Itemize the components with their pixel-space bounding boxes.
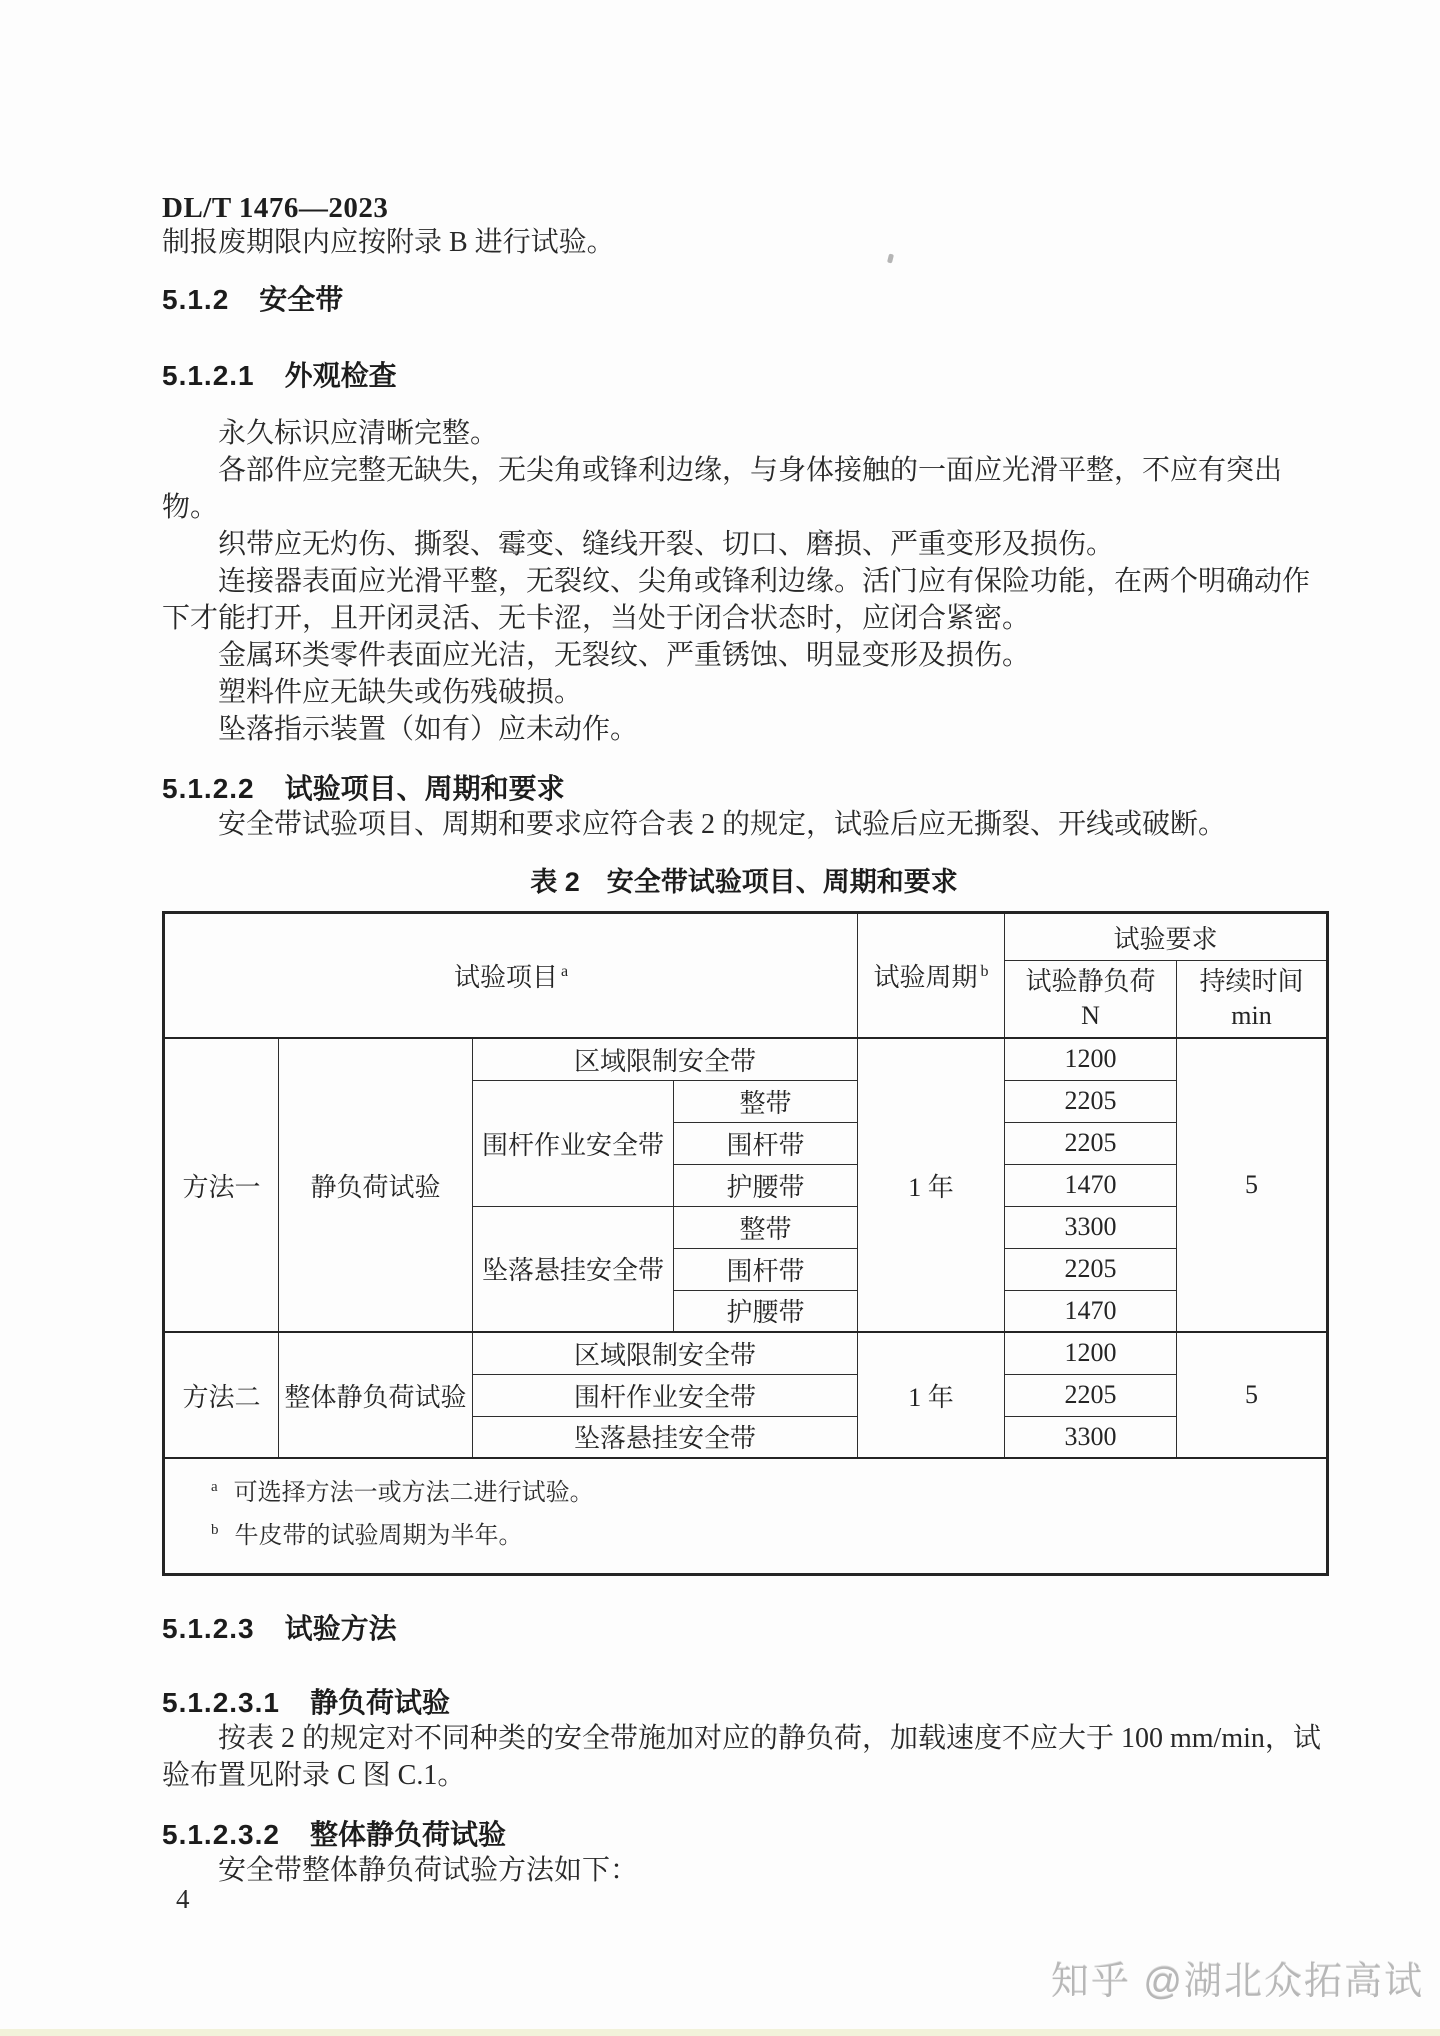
belt-type-cell: 区域限制安全带	[473, 1038, 858, 1080]
load-cell: 1470	[1005, 1164, 1177, 1206]
load-cell: 2205	[1005, 1374, 1177, 1416]
body-paragraph: 连接器表面应光滑平整，无裂纹、尖角或锋利边缘。活门应有保险功能，在两个明确动作下…	[162, 563, 1326, 637]
table-footnotes-row: a可选择方法一或方法二进行试验。 b牛皮带的试验周期为半年。	[164, 1458, 1328, 1575]
heading-title: 安全带	[259, 284, 343, 315]
load-cell: 1470	[1005, 1290, 1177, 1332]
table-caption: 表 2 安全带试验项目、周期和要求	[162, 865, 1326, 899]
heading-title: 整体静负荷试验	[310, 1819, 506, 1850]
body-paragraph: 织带应无灼伤、撕裂、霉变、缝线开裂、切口、磨损、严重变形及损伤。	[162, 526, 1326, 563]
belt-type-cell: 坠落悬挂安全带	[473, 1416, 858, 1458]
method-cell: 方法二	[164, 1332, 279, 1458]
test-name-cell: 整体静负荷试验	[279, 1332, 473, 1458]
static-load-paragraph: 按表 2 的规定对不同种类的安全带施加对应的静负荷，加载速度不应大于 100 m…	[162, 1720, 1326, 1794]
duration-cell: 5	[1177, 1332, 1328, 1458]
heading-5-1-2: 5.1.2安全带	[162, 283, 1326, 317]
page-content: DL/T 1476—2023 制报废期限内应按附录 B 进行试验。 5.1.2安…	[0, 0, 1440, 1889]
heading-number: 5.1.2	[162, 284, 229, 315]
load-cell: 2205	[1005, 1080, 1177, 1122]
table-header-row: 试验项目a 试验周期b 试验要求	[164, 913, 1328, 961]
part-cell: 围杆带	[674, 1248, 858, 1290]
heading-number: 5.1.2.1	[162, 360, 255, 391]
heading-5-1-2-1: 5.1.2.1外观检查	[162, 359, 1326, 393]
belt-type-cell: 围杆作业安全带	[473, 1374, 858, 1416]
part-cell: 护腰带	[674, 1164, 858, 1206]
footnote-text: 可选择方法一或方法二进行试验。	[234, 1480, 594, 1506]
bottom-strip	[0, 2029, 1440, 2036]
duration-cell: 5	[1177, 1038, 1328, 1332]
method-cell: 方法一	[164, 1038, 279, 1332]
col-header-label: 试验项目	[454, 963, 558, 992]
heading-5-1-2-2: 5.1.2.2试验项目、周期和要求	[162, 772, 1326, 806]
heading-title: 试验项目、周期和要求	[285, 773, 565, 804]
belt-type-cell: 围杆作业安全带	[473, 1080, 674, 1206]
footnote-a: a可选择方法一或方法二进行试验。	[211, 1469, 1326, 1512]
test-name-cell: 静负荷试验	[279, 1038, 473, 1332]
belt-type-cell: 区域限制安全带	[473, 1332, 858, 1374]
body-paragraph: 永久标识应清晰完整。	[162, 415, 1326, 452]
document-page: DL/T 1476—2023 制报废期限内应按附录 B 进行试验。 5.1.2安…	[0, 0, 1440, 2036]
col-header-label: 试验静负荷	[1005, 965, 1176, 999]
load-cell: 1200	[1005, 1038, 1177, 1080]
part-cell: 围杆带	[674, 1122, 858, 1164]
heading-title: 外观检查	[285, 360, 397, 391]
footnote-marker-b: b	[981, 963, 989, 980]
test-table: 试验项目a 试验周期b 试验要求 试验静负荷 N 持续时间 min	[162, 911, 1329, 1576]
load-cell: 3300	[1005, 1206, 1177, 1248]
load-cell: 2205	[1005, 1248, 1177, 1290]
footnote-text: 牛皮带的试验周期为半年。	[235, 1523, 523, 1549]
col-header-label: 试验周期	[873, 963, 977, 992]
table-row: 方法一 静负荷试验 区域限制安全带 1 年 1200 5	[164, 1038, 1328, 1080]
body-paragraph: 各部件应完整无缺失，无尖角或锋利边缘，与身体接触的一面应光滑平整，不应有突出物。	[162, 452, 1326, 526]
part-cell: 整带	[674, 1206, 858, 1248]
part-cell: 护腰带	[674, 1290, 858, 1332]
footnote-marker-a: a	[561, 963, 568, 980]
col-header-label: 持续时间	[1177, 965, 1326, 999]
heading-number: 5.1.2.3	[162, 1613, 255, 1644]
overall-method-paragraph: 安全带整体静负荷试验方法如下：	[162, 1852, 1326, 1889]
watermark: 知乎 @湖北众拓高试	[1051, 1950, 1424, 2005]
heading-number: 5.1.2.3.2	[162, 1819, 280, 1850]
footnotes-cell: a可选择方法一或方法二进行试验。 b牛皮带的试验周期为半年。	[164, 1458, 1328, 1575]
heading-number: 5.1.2.2	[162, 773, 255, 804]
heading-5-1-2-3-1: 5.1.2.3.1静负荷试验	[162, 1686, 1326, 1720]
col-header-test-item: 试验项目a	[164, 913, 858, 1039]
col-header-unit: min	[1177, 999, 1326, 1033]
col-header-unit: N	[1005, 999, 1176, 1033]
col-header-duration: 持续时间 min	[1177, 961, 1328, 1039]
cycle-cell: 1 年	[858, 1332, 1005, 1458]
heading-5-1-2-3: 5.1.2.3试验方法	[162, 1612, 1326, 1646]
footnote-marker: a	[211, 1479, 218, 1495]
load-cell: 2205	[1005, 1122, 1177, 1164]
heading-title: 试验方法	[285, 1613, 397, 1644]
intro-paragraph: 制报废期限内应按附录 B 进行试验。	[162, 224, 1326, 261]
heading-number: 5.1.2.3.1	[162, 1687, 280, 1718]
col-header-test-requirement: 试验要求	[1005, 913, 1328, 961]
load-cell: 1200	[1005, 1332, 1177, 1374]
appearance-paragraphs: 永久标识应清晰完整。 各部件应完整无缺失，无尖角或锋利边缘，与身体接触的一面应光…	[162, 415, 1326, 748]
footnote-b: b牛皮带的试验周期为半年。	[211, 1512, 1326, 1555]
body-paragraph: 金属环类零件表面应光洁，无裂纹、严重锈蚀、明显变形及损伤。	[162, 637, 1326, 674]
heading-title: 静负荷试验	[310, 1687, 450, 1718]
table-intro-paragraph: 安全带试验项目、周期和要求应符合表 2 的规定，试验后应无撕裂、开线或破断。	[162, 806, 1326, 843]
body-paragraph: 塑料件应无缺失或伤残破损。	[162, 674, 1326, 711]
col-header-static-load: 试验静负荷 N	[1005, 961, 1177, 1039]
doc-code: DL/T 1476—2023	[162, 192, 1326, 224]
footnote-marker: b	[211, 1522, 219, 1538]
belt-type-cell: 坠落悬挂安全带	[473, 1206, 674, 1332]
part-cell: 整带	[674, 1080, 858, 1122]
body-paragraph: 坠落指示装置（如有）应未动作。	[162, 711, 1326, 748]
col-header-test-cycle: 试验周期b	[858, 913, 1005, 1039]
table-row: 方法二 整体静负荷试验 区域限制安全带 1 年 1200 5	[164, 1332, 1328, 1374]
cycle-cell: 1 年	[858, 1038, 1005, 1332]
load-cell: 3300	[1005, 1416, 1177, 1458]
page-number: 4	[176, 1884, 190, 1915]
heading-5-1-2-3-2: 5.1.2.3.2整体静负荷试验	[162, 1818, 1326, 1852]
